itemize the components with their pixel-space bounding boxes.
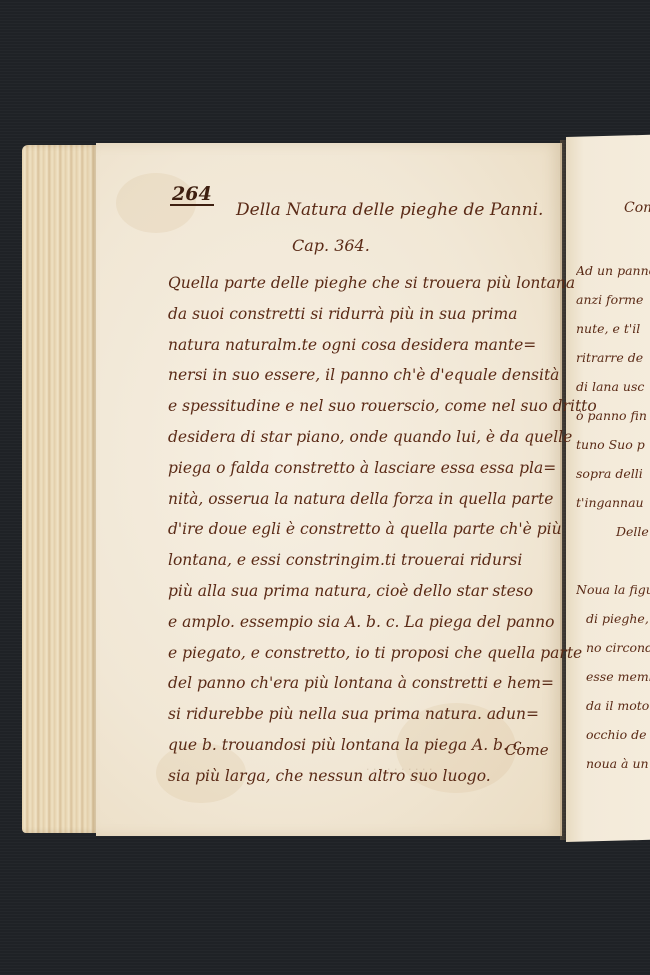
text-line: d'ire doue egli è constretto à quella pa…: [168, 514, 558, 545]
text-line: esse membra: [576, 662, 650, 691]
right-page-title: Come: [624, 200, 650, 216]
text-line: Delle: [576, 517, 650, 546]
text-line: del panno ch'era più lontana à constrett…: [168, 668, 558, 699]
text-line: da suoi constretti si ridurrà più in sua…: [168, 299, 558, 330]
text-line: Noua la figura: [576, 575, 650, 604]
text-line: di lana usc: [576, 372, 650, 401]
text-line: anzi forme: [576, 285, 650, 314]
text-line: nersi in suo essere, il panno ch'è d'equ…: [168, 360, 558, 391]
text-line: si ridurebbe più nella sua prima natura.…: [168, 699, 558, 730]
right-page-text: Ad un panno n anzi forme nute, e t'il ri…: [576, 256, 650, 856]
text-line: e piegato, e constretto, io ti proposi c…: [168, 638, 558, 669]
manuscript-book: · · · · · · · · · · 264 Della Natura del…: [0, 0, 650, 975]
text-line: Ad un panno n: [576, 256, 650, 285]
text-line: e amplo. essempio sia A. b. c. La piega …: [168, 607, 558, 638]
text-line: e spessitudine e nel suo rouerscio, come…: [168, 391, 558, 422]
text-line: sopra delli: [576, 459, 650, 488]
text-line: da il moto: [576, 691, 650, 720]
body-text: Quella parte delle pieghe che si trouera…: [168, 268, 558, 792]
text-line: lontana, e essi constringim.ti trouerai …: [168, 545, 558, 576]
chapter-number: Cap. 364.: [292, 236, 370, 255]
text-line: di pieghe, c: [576, 604, 650, 633]
text-line: tuno Suo p: [576, 430, 650, 459]
page-edges: [22, 145, 98, 833]
catchword: Come: [505, 741, 549, 759]
text-line: sia più larga, che nessun altro suo luog…: [168, 761, 558, 792]
text-line: più alla sua prima natura, cioè dello st…: [168, 576, 558, 607]
text-line: nute, e t'il: [576, 314, 650, 343]
text-line: ò panno fin: [576, 401, 650, 430]
page-heading: Della Natura delle pieghe de Panni.: [236, 200, 543, 220]
text-line: natura naturalm.te ogni cosa desidera ma…: [168, 330, 558, 361]
text-line: [576, 546, 650, 575]
text-line: noua à un: [576, 749, 650, 778]
text-line: Quella parte delle pieghe che si trouera…: [168, 268, 558, 299]
text-line: t'ingannau: [576, 488, 650, 517]
text-line: desidera di star piano, onde quando lui,…: [168, 422, 558, 453]
text-line: piega o falda constretto à lasciare essa…: [168, 453, 558, 484]
text-line: que b. trouandosi più lontana la piega A…: [168, 730, 558, 761]
folio-number: 264: [170, 184, 214, 206]
text-line: occhio de: [576, 720, 650, 749]
text-line: ritrarre de: [576, 343, 650, 372]
text-line: nità, osserua la natura della forza in q…: [168, 484, 558, 515]
text-line: no circonda: [576, 633, 650, 662]
